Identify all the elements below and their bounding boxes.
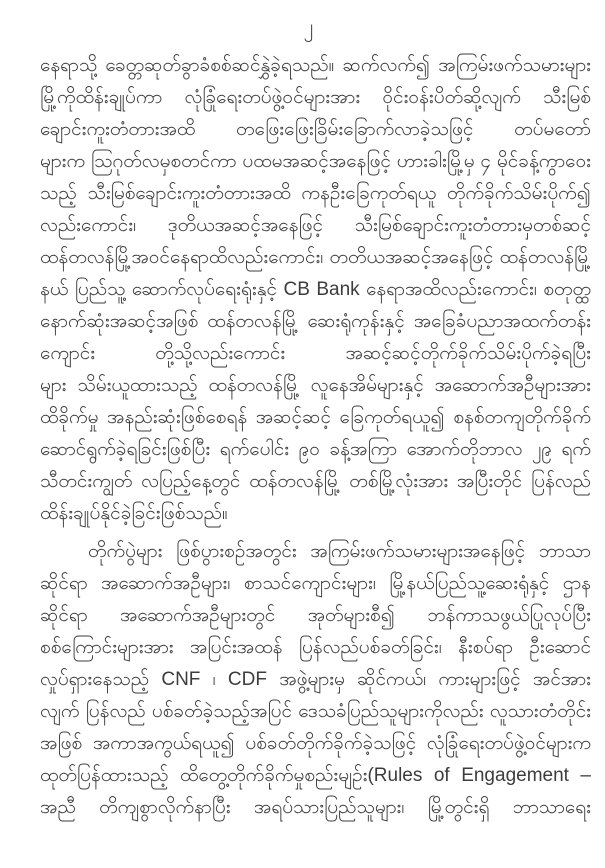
paragraph-2: တိုက်ပွဲများ ဖြစ်ပွားစဉ်အတွင်း အကြမ်းဖက်…: [40, 536, 591, 824]
text-line: သီတင်းကျွတ် လပြည့်နေ့တွင် ထန်တလန်မြို့ တ…: [40, 466, 591, 498]
text-line: များ သိမ်းယူထားသည့် ထန်တလန်မြို့ လူနေအိမ…: [40, 370, 591, 402]
paragraph-1: နေရာသို့ ခေတ္တဆုတ်ခွာခံစစ်ဆင်နွှဲခဲ့ရသည်…: [40, 50, 591, 530]
text-line: မြို့ကိုထိန်းချုပ်ကာ လုံခြုံရေးတပ်ဖွဲ့ဝင…: [40, 82, 591, 114]
text-line: ထုတ်ပြန်ထားသည့် ထိတွေ့တိုက်ခိုက်မှုစည်းမ…: [40, 760, 591, 792]
document-page: ၂ နေရာသို့ ခေတ္တဆုတ်ခွာခံစစ်ဆင်နွှဲခဲ့ရသ…: [0, 0, 605, 868]
text-line: ထိန်းချုပ်နိုင်ခဲ့ခြင်းဖြစ်သည်။: [40, 498, 591, 530]
text-line: သည့် သီးမြစ်ချောင်းကူးတံတားအထိ ကနဦးခြေကု…: [40, 178, 591, 210]
text-line: စစ်ကြောင်းများအား အပြင်းအထန် ပြန်လည်ပစ်ခ…: [40, 632, 591, 664]
text-line: ဆိုင်ရာ အဆောက်အဦများ၊ စာသင်ကျောင်းများ၊ …: [40, 568, 591, 600]
text-line: ကျောင်း တို့သို့လည်းကောင်း အဆင့်ဆင့်တိုက…: [40, 338, 591, 370]
text-line: လှုပ်ရှားနေသည့် CNF ၊ CDF အဖွဲ့များမှ ဆိ…: [40, 664, 591, 696]
text-line: ထိခိုက်မှု အနည်းဆုံးဖြစ်စေရန် အဆင့်ဆင့် …: [40, 402, 591, 434]
page-number: ၂: [40, 14, 591, 40]
text-line: လည်းကောင်း၊ ဒုတိယအဆင့်အနေဖြင့် သီးမြစ်ချ…: [40, 210, 591, 242]
text-line: ဆောင်ရွက်ခဲ့ရခြင်းဖြစ်ပြီး ရက်ပေါင်း ၉၀ …: [40, 434, 591, 466]
text-line: အဖြစ် အကာအကွယ်ရယူ၍ ပစ်ခတ်တိုက်ခိုက်ခဲ့သဖ…: [40, 728, 591, 760]
text-line: နယ် ပြည်သူ့ ဆောက်လုပ်ရေးရုံးနှင့် CB Ban…: [40, 274, 591, 306]
text-line: နောက်ဆုံးအဆင့်အဖြစ် ထန်တလန်မြို့ ဆေးရုံက…: [40, 306, 591, 338]
text-line: တိုက်ပွဲများ ဖြစ်ပွားစဉ်အတွင်း အကြမ်းဖက်…: [40, 536, 591, 568]
text-line: ချောင်းကူးတံတားအထိ တဖြေးဖြေးခြိမ်းခြောက်…: [40, 114, 591, 146]
text-line: အညီ တိကျစွာလိုက်နာပြီး အရပ်သားပြည်သူများ…: [40, 792, 591, 824]
text-line: နေရာသို့ ခေတ္တဆုတ်ခွာခံစစ်ဆင်နွှဲခဲ့ရသည်…: [40, 50, 591, 82]
text-line: ထန်တလန်မြို့အဝင်နေရာထိလည်းကောင်း၊ တတိယအဆ…: [40, 242, 591, 274]
text-line: များက ဩဂုတ်လမှစတင်ကာ ပထမအဆင့်အနေဖြင့် ဟာ…: [40, 146, 591, 178]
text-line: ဆိုင်ရာ အဆောက်အဦများတွင် အုတ်များစီ၍ ဘန်…: [40, 600, 591, 632]
text-line: လျက် ပြန်လည် ပစ်ခတ်ခဲ့သည့်အပြင် ဒေသခံပြည…: [40, 696, 591, 728]
